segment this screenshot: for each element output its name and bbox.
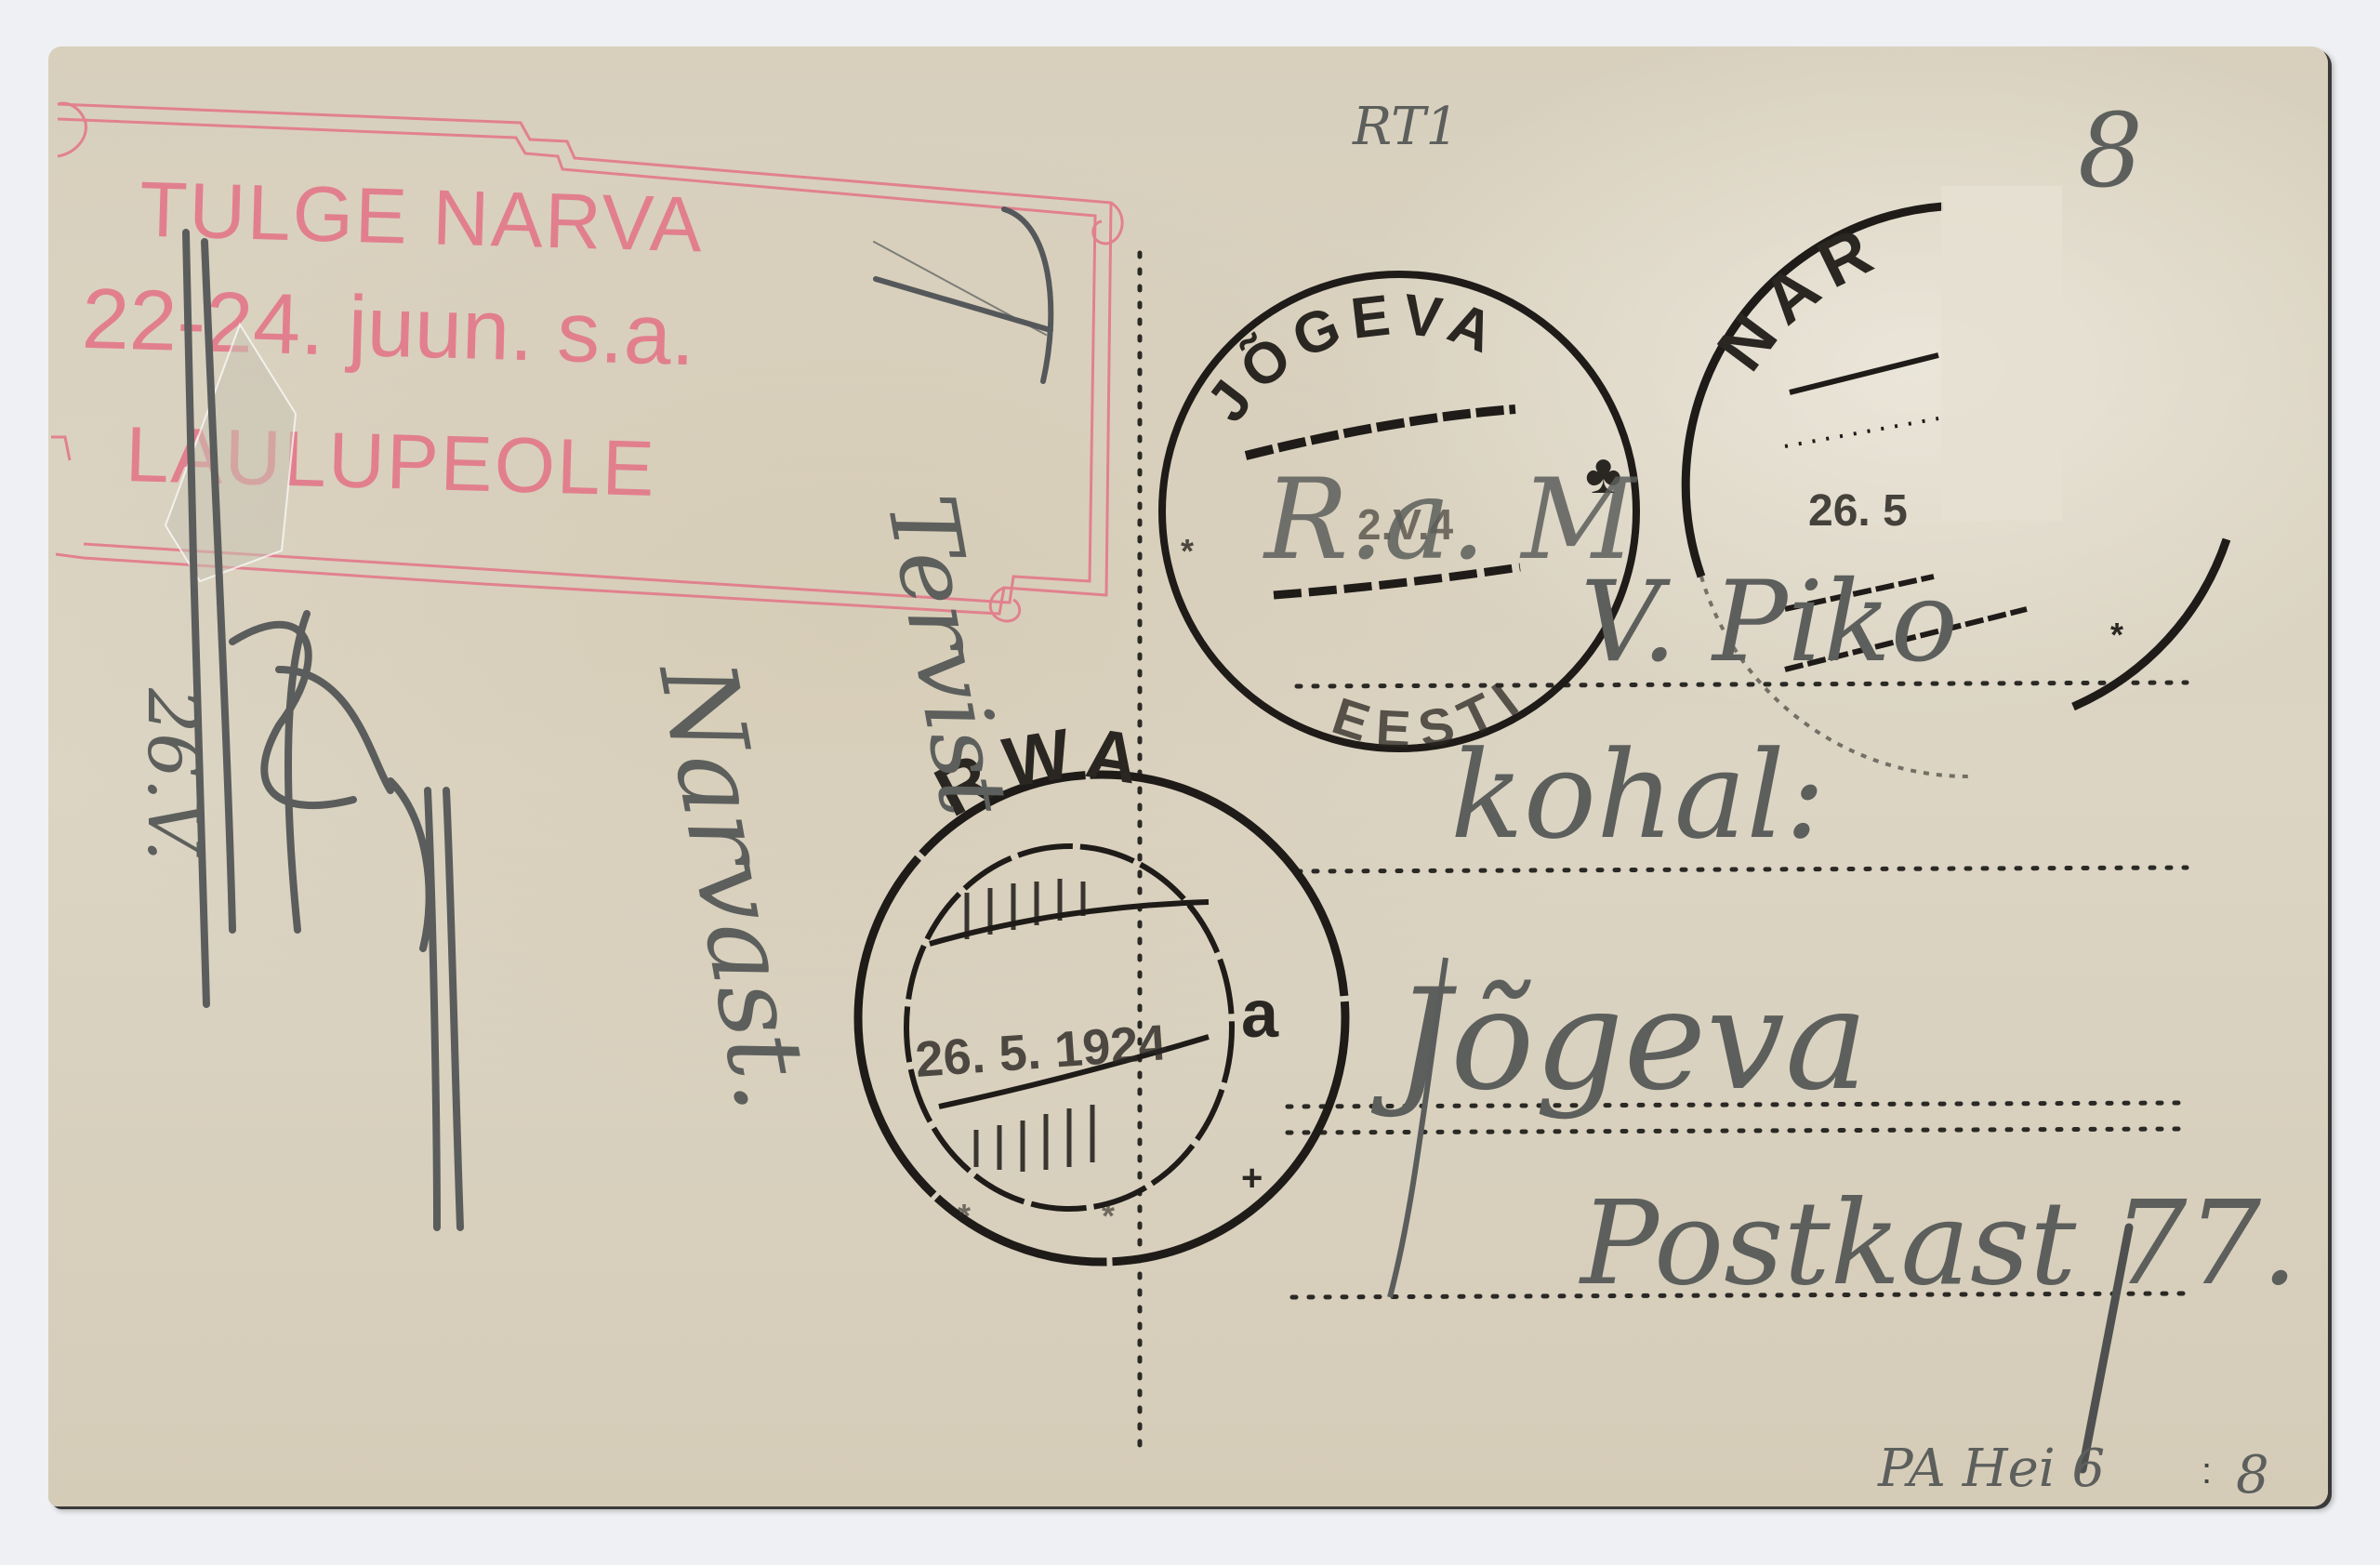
signature-strokes <box>186 232 460 1227</box>
top-right-note: 8 <box>2078 91 2143 210</box>
top-note: RT1 <box>1352 97 1459 157</box>
archive-ref: PA Hei 6 <box>1877 1439 2105 1499</box>
left-vertical-text-1: Tervist <box>866 487 1028 824</box>
left-date: 26.V. <box>132 687 215 862</box>
address-line-2: Jõgeva <box>1370 960 1868 1121</box>
handwriting: 26.V. Tervist Narvast. RT1 8 R.a. M V. P… <box>0 0 2380 1565</box>
svg-text::: : <box>2201 1451 2212 1492</box>
recipient-name: V. Piko <box>1580 558 1958 687</box>
margin-mark-t <box>874 209 1051 381</box>
left-vertical-text-2: Narvast. <box>635 650 833 1120</box>
address-line-1: kohal: <box>1450 724 1826 866</box>
address-line-3: Postkast 77. <box>1579 1176 2298 1311</box>
archive-number: 8 <box>2236 1445 2269 1505</box>
